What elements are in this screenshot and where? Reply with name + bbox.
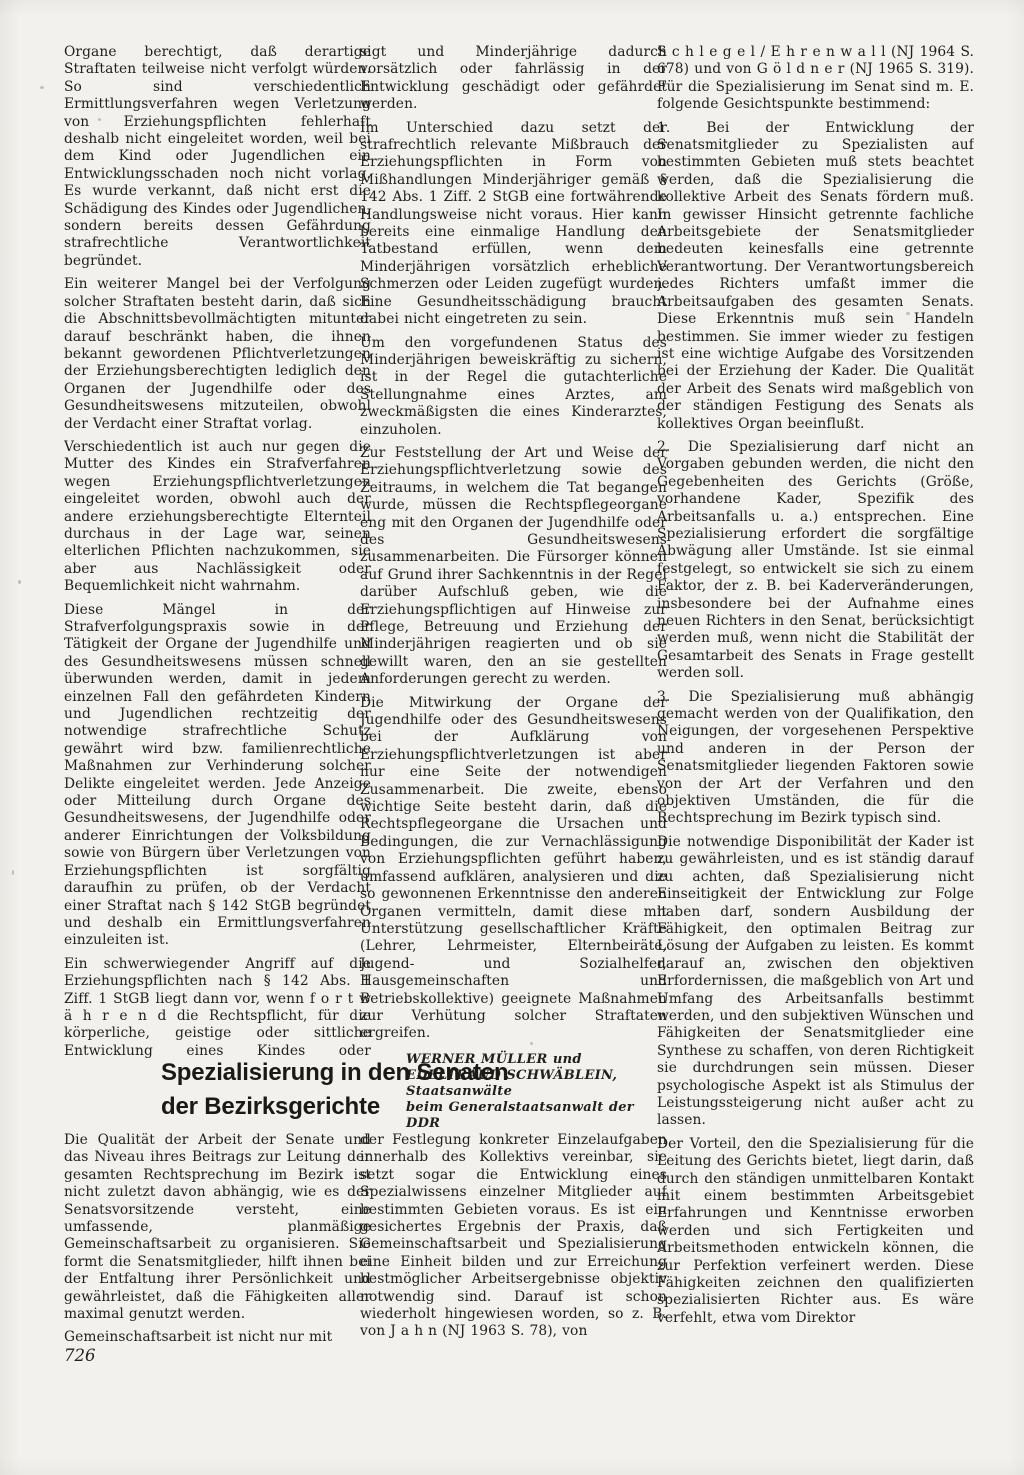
scan-edge-shading <box>0 0 1024 1475</box>
journal-page: Organe berechtigt, daß derartige Strafta… <box>0 0 1024 1475</box>
